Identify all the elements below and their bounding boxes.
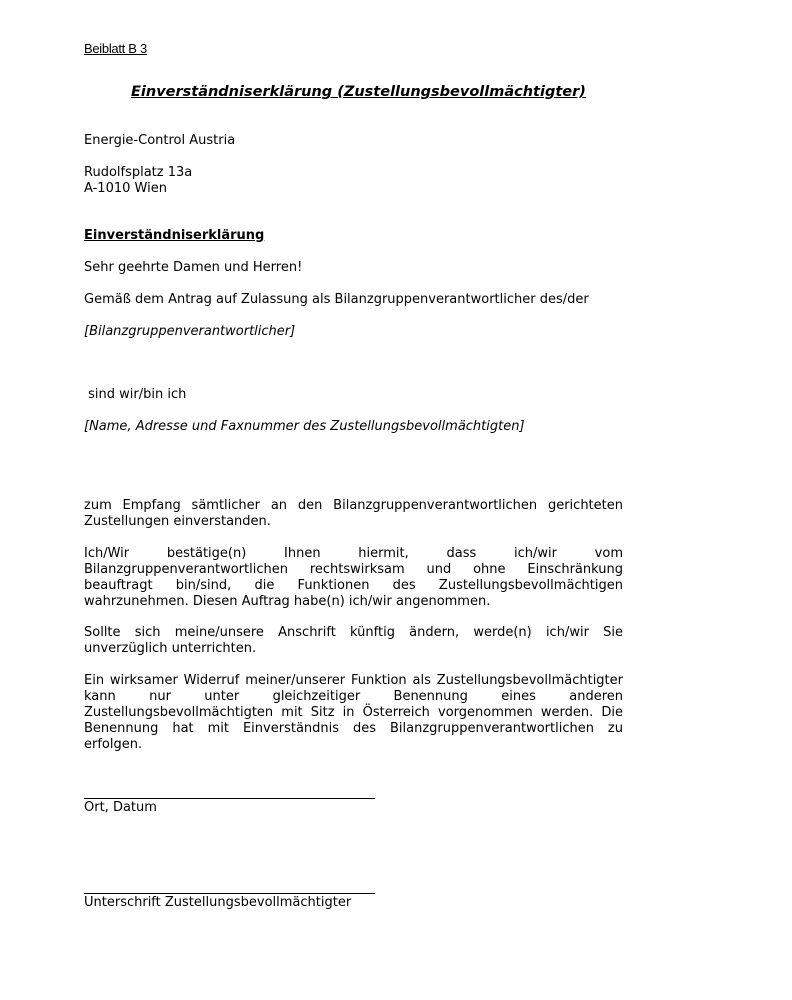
intro-text: Gemäß dem Antrag auf Zulassung als Bilan… [84,292,589,308]
placeholder-agent: [Name, Adresse und Faxnummer des Zustell… [84,419,525,435]
section-heading: Einverständniserklärung [84,228,264,244]
place-date-line [84,798,375,799]
recipient-organization: Energie-Control Austria [84,133,235,149]
placeholder-bgv: [Bilanzgruppenverantwortlicher] [84,324,295,340]
paragraph-address-change: Sollte sich meine/unsere Anschrift künft… [84,625,623,657]
signature-label: Unterschrift Zustellungsbevollmächtigter [84,895,351,911]
place-date-label: Ort, Datum [84,800,157,816]
consent-phrase: sind wir/bin ich [84,387,186,403]
recipient-city: A-1010 Wien [84,181,167,197]
attachment-label: Beiblatt B 3 [84,41,147,56]
paragraph-confirmation: Ich/Wir bestätige(n) Ihnen hiermit, dass… [84,546,623,610]
signature-line [84,893,375,894]
document-page: Beiblatt B 3 Einverständniserklärung (Zu… [0,0,792,1000]
salutation: Sehr geehrte Damen und Herren! [84,260,302,276]
paragraph-revocation: Ein wirksamer Widerruf meiner/unserer Fu… [84,673,623,753]
document-title: Einverständniserklärung (Zustellungsbevo… [131,84,586,100]
paragraph-consent: zum Empfang sämtlicher an den Bilanzgrup… [84,498,623,530]
recipient-street: Rudolfsplatz 13a [84,165,192,181]
